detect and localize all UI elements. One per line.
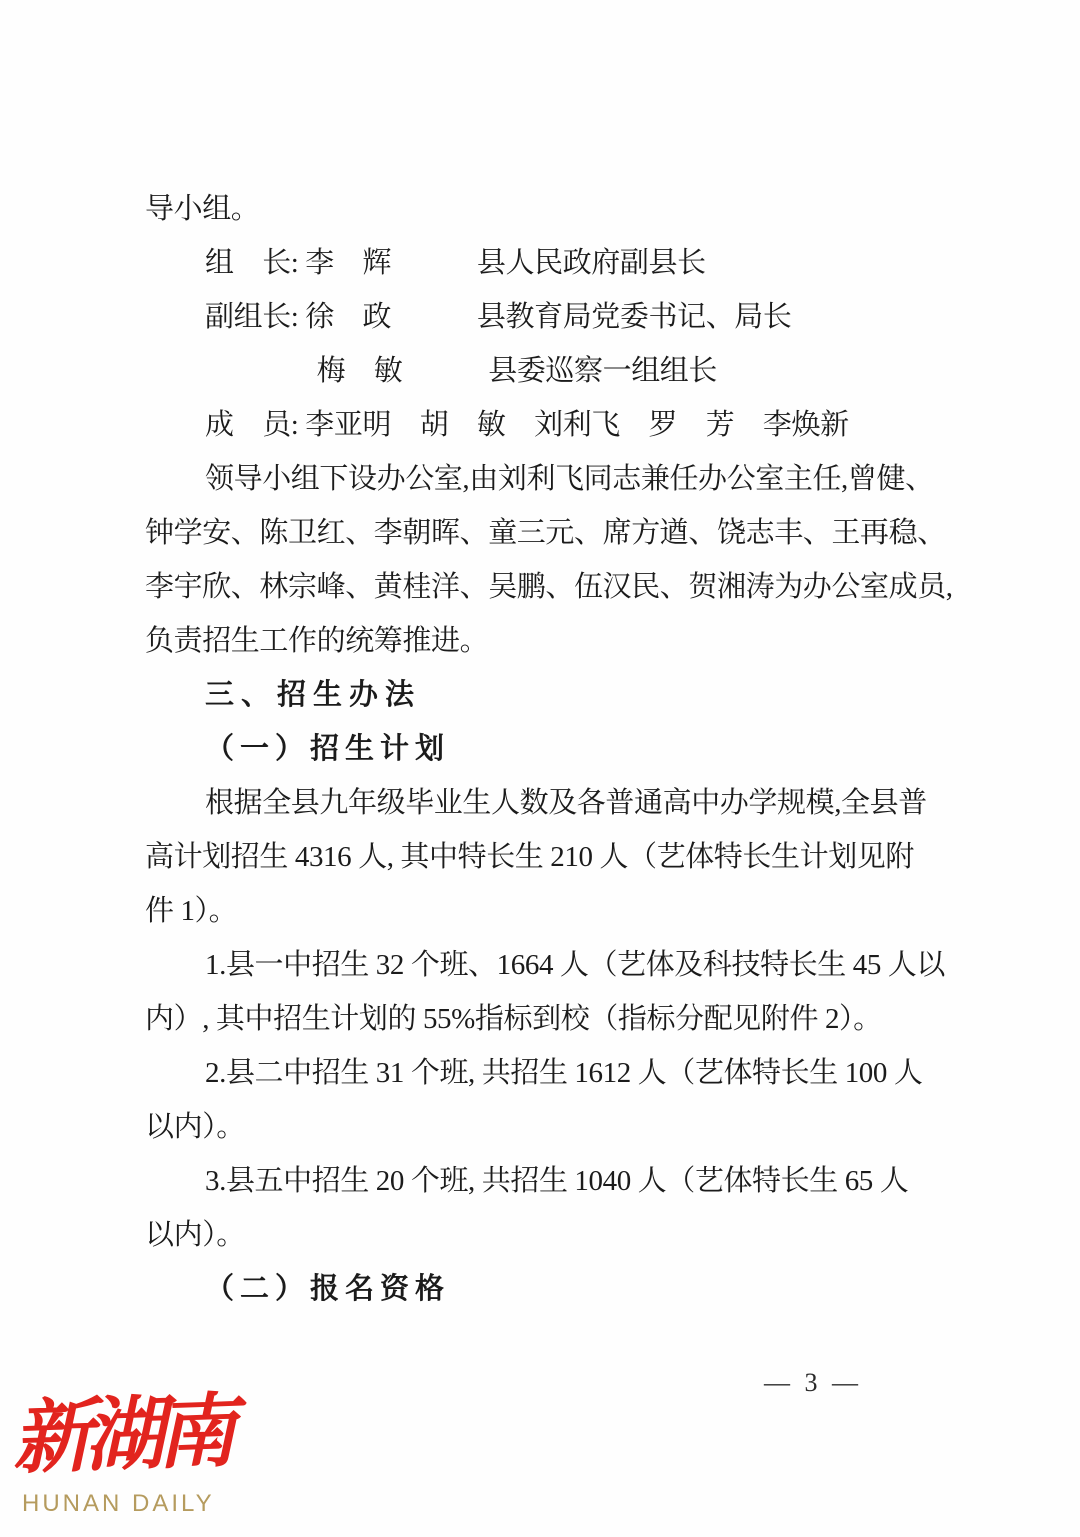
- logo-chinese-wordmark: 新湖南: [11, 1384, 254, 1488]
- subsection-heading: （一）招生计划: [145, 722, 965, 776]
- paragraph-line: 钟学安、陈卫红、李朝晖、童三元、席方遒、饶志丰、王再稳、: [145, 506, 965, 560]
- document-body: 导小组。 组 长: 李 辉 县人民政府副县长 副组长: 徐 政 县教育局党委书记…: [145, 182, 965, 1316]
- leader-list-line: 成 员: 李亚明 胡 敏 刘利飞 罗 芳 李焕新: [145, 398, 965, 452]
- section-heading: 三、招生办法: [145, 668, 965, 722]
- paragraph-line: 领导小组下设办公室,由刘利飞同志兼任办公室主任,曾健、: [145, 452, 965, 506]
- leader-list-line: 组 长: 李 辉 县人民政府副县长: [145, 236, 965, 290]
- body-text-line: 导小组。: [145, 182, 965, 236]
- paragraph-line: 2.县二中招生 31 个班, 共招生 1612 人（艺体特长生 100 人: [145, 1046, 965, 1100]
- page-number: — 3 —: [748, 1368, 878, 1398]
- subsection-heading: （二）报名资格: [145, 1262, 965, 1316]
- leader-list-line: 梅 敏 县委巡察一组组长: [145, 344, 965, 398]
- hunan-daily-logo: 新湖南 HUNAN DAILY: [14, 1392, 254, 1518]
- paragraph-line: 根据全县九年级毕业生人数及各普通高中办学规模,全县普: [145, 776, 965, 830]
- document-page: 导小组。 组 长: 李 辉 县人民政府副县长 副组长: 徐 政 县教育局党委书记…: [0, 0, 1080, 1537]
- paragraph-line: 件 1）。: [145, 884, 965, 938]
- paragraph-line: 李宇欣、林宗峰、黄桂洋、吴鹏、伍汉民、贺湘涛为办公室成员,: [145, 560, 965, 614]
- paragraph-line: 负责招生工作的统筹推进。: [145, 614, 965, 668]
- paragraph-line: 内）, 其中招生计划的 55%指标到校（指标分配见附件 2）。: [145, 992, 965, 1046]
- paragraph-line: 3.县五中招生 20 个班, 共招生 1040 人（艺体特长生 65 人: [145, 1154, 965, 1208]
- paragraph-line: 以内）。: [145, 1208, 965, 1262]
- paragraph-line: 以内）。: [145, 1100, 965, 1154]
- paragraph-line: 1.县一中招生 32 个班、1664 人（艺体及科技特长生 45 人以: [145, 938, 965, 992]
- paragraph-line: 高计划招生 4316 人, 其中特长生 210 人（艺体特长生计划见附: [145, 830, 965, 884]
- leader-list-line: 副组长: 徐 政 县教育局党委书记、局长: [145, 290, 965, 344]
- logo-english-subtitle: HUNAN DAILY: [14, 1490, 254, 1518]
